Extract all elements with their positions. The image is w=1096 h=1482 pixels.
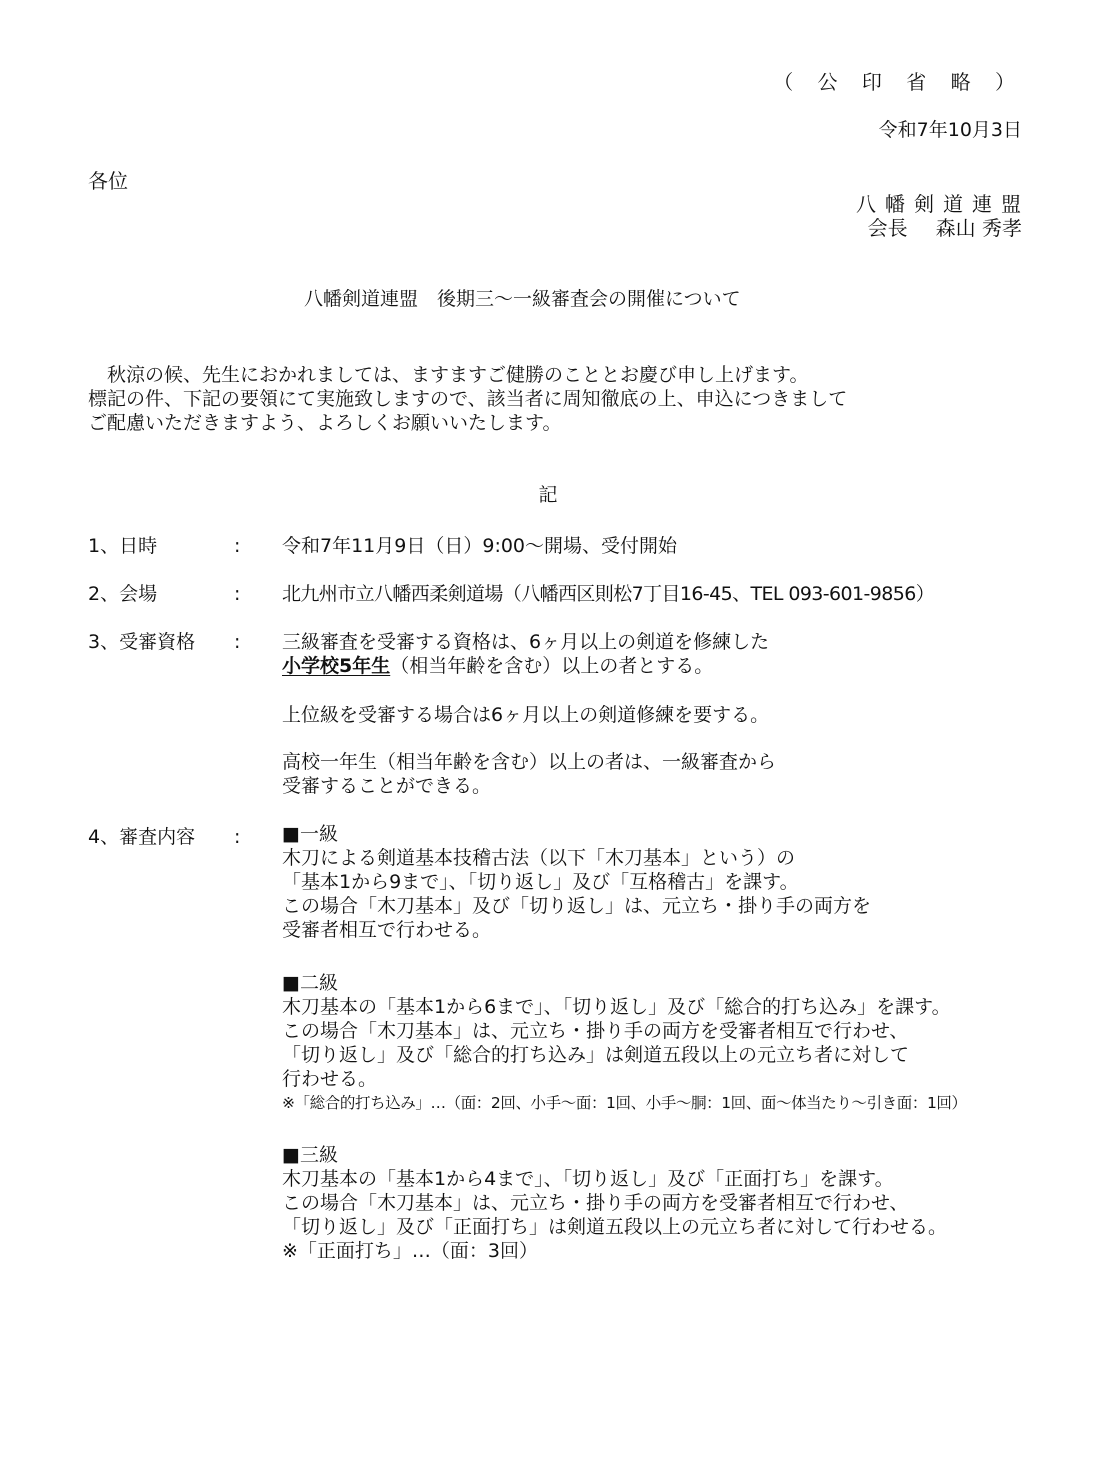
item-label: 1、日時 bbox=[88, 537, 157, 556]
greeting-paragraph: 秋涼の候、先生におかれましては、ますますご健勝のこととお慶び申し上げます。 標記… bbox=[88, 363, 847, 435]
document-title: 八幡剣道連盟 後期三〜一級審査会の開催について bbox=[304, 290, 741, 309]
grade-line: 「切り返し」及び「正面打ち」は剣道五段以上の元立ち者に対して行わせる。 bbox=[282, 1215, 947, 1239]
ki-heading: 記 bbox=[0, 486, 1096, 505]
grade-line: 「切り返し」及び「総合的打ち込み」は剣道五段以上の元立ち者に対して bbox=[282, 1043, 967, 1067]
grade-heading: ■三級 bbox=[282, 1143, 947, 1167]
grade-heading: ■二級 bbox=[282, 971, 967, 995]
item-label: 4、審査内容 bbox=[88, 828, 195, 847]
emphasized-grade: 小学校5年生 bbox=[282, 655, 390, 677]
item-colon: : bbox=[234, 537, 240, 556]
grade-line: 木刀基本の「基本1から4まで」、「切り返し」及び「正面打ち」を課す。 bbox=[282, 1167, 947, 1191]
greeting-line: ご配慮いただきますよう、よろしくお願いいたします。 bbox=[88, 411, 847, 435]
grade-line: この場合「木刀基本」は、元立ち・掛り手の両方を受審者相互で行わせ、 bbox=[282, 1191, 947, 1215]
grade-note: ※「総合的打ち込み」…（面：2回、小手〜面：1回、小手〜胴：1回、面〜体当たり〜… bbox=[282, 1091, 967, 1115]
grade-line: 受審者相互で行わせる。 bbox=[282, 918, 871, 942]
seal-omitted-note: （ 公 印 省 略 ） bbox=[773, 72, 1024, 92]
sender-name: 森山 秀孝 bbox=[936, 216, 1022, 240]
grade-1kyu: ■一級 木刀による剣道基本技稽古法（以下「木刀基本」という）の 「基本1から9ま… bbox=[282, 822, 871, 942]
eligibility-line: 受審することができる。 bbox=[282, 774, 776, 798]
eligibility-upper-grade: 上位級を受審する場合は6ヶ月以上の剣道修練を要する。 bbox=[282, 706, 769, 725]
sender-organization: 八幡剣道連盟 bbox=[856, 194, 1030, 214]
issue-date: 令和7年10月3日 bbox=[879, 121, 1022, 140]
grade-line: この場合「木刀基本」は、元立ち・掛り手の両方を受審者相互で行わせ、 bbox=[282, 1019, 967, 1043]
eligibility-line: 高校一年生（相当年齢を含む）以上の者は、一級審査から bbox=[282, 750, 776, 774]
grade-line: 「基本1から9まで」、「切り返し」及び「互格稽古」を課す。 bbox=[282, 870, 871, 894]
item-value: 北九州市立八幡西柔剣道場（八幡西区則松7丁目16-45、TEL 093-601-… bbox=[282, 585, 934, 604]
eligibility-line: 小学校5年生（相当年齢を含む）以上の者とする。 bbox=[282, 657, 713, 676]
greeting-line: 秋涼の候、先生におかれましては、ますますご健勝のこととお慶び申し上げます。 bbox=[88, 363, 847, 387]
item-label: 3、受審資格 bbox=[88, 633, 195, 652]
greeting-line: 標記の件、下記の要領にて実施致しますので、該当者に周知徹底の上、申込につきまして bbox=[88, 387, 847, 411]
grade-line: 木刀による剣道基本技稽古法（以下「木刀基本」という）の bbox=[282, 846, 871, 870]
item-colon: : bbox=[234, 633, 240, 652]
grade-line: この場合「木刀基本」及び「切り返し」は、元立ち・掛り手の両方を bbox=[282, 894, 871, 918]
sender-signature: 会長森山 秀孝 bbox=[868, 218, 1022, 238]
sender-title: 会長 bbox=[868, 216, 908, 240]
item-value: 令和7年11月9日（日）9:00〜開場、受付開始 bbox=[282, 537, 677, 556]
eligibility-line: 三級審査を受審する資格は、6ヶ月以上の剣道を修練した bbox=[282, 633, 769, 652]
grade-line: 行わせる。 bbox=[282, 1067, 967, 1091]
item-colon: : bbox=[234, 585, 240, 604]
item-label: 2、会場 bbox=[88, 585, 157, 604]
grade-3kyu: ■三級 木刀基本の「基本1から4まで」、「切り返し」及び「正面打ち」を課す。 こ… bbox=[282, 1143, 947, 1263]
item-colon: : bbox=[234, 828, 240, 847]
grade-2kyu: ■二級 木刀基本の「基本1から6まで」、「切り返し」及び「総合的打ち込み」を課す… bbox=[282, 971, 967, 1115]
grade-heading: ■一級 bbox=[282, 822, 871, 846]
eligibility-text: （相当年齢を含む）以上の者とする。 bbox=[390, 655, 713, 677]
eligibility-highschool: 高校一年生（相当年齢を含む）以上の者は、一級審査から 受審することができる。 bbox=[282, 750, 776, 798]
grade-line: ※「正面打ち」…（面：3回） bbox=[282, 1239, 947, 1263]
addressee: 各位 bbox=[88, 171, 128, 191]
grade-line: 木刀基本の「基本1から6まで」、「切り返し」及び「総合的打ち込み」を課す。 bbox=[282, 995, 967, 1019]
